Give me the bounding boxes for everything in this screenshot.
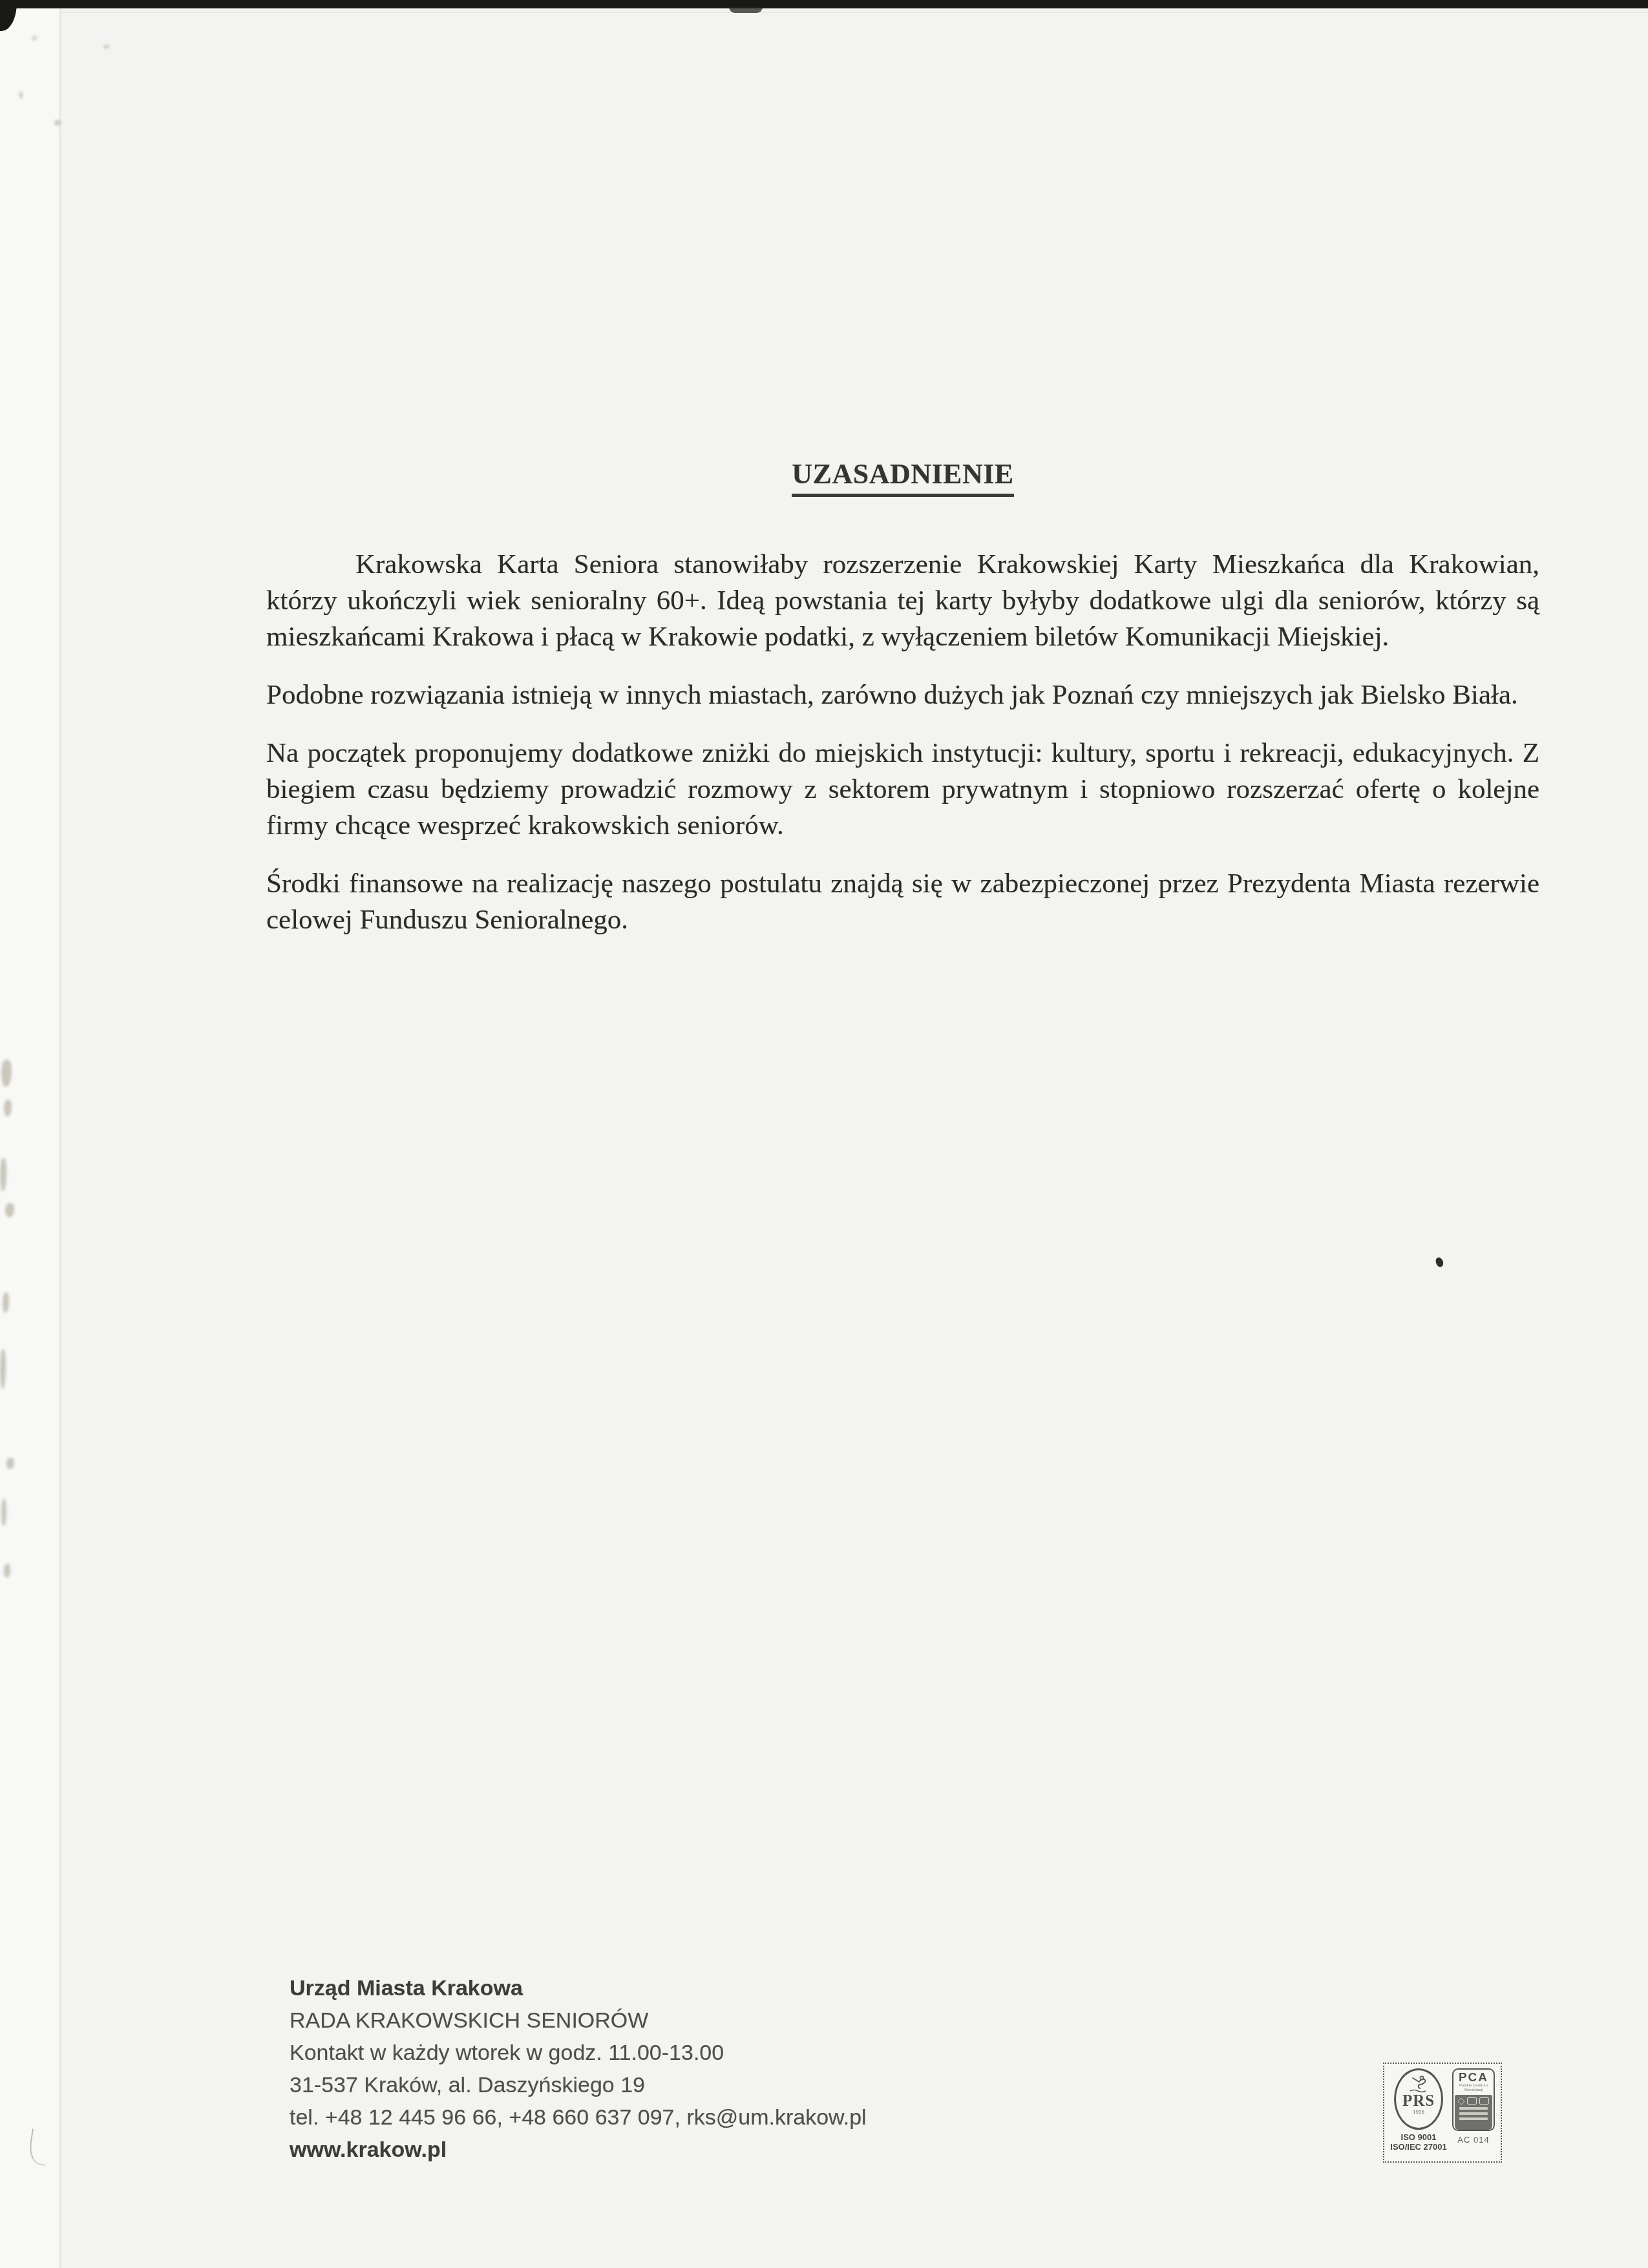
prs-column: PRS 1936 ISO 9001 ISO/IEC 27001 — [1388, 2068, 1450, 2158]
pca-column: PCA Polskie Centrum Akredytacji AC 014 — [1450, 2068, 1497, 2158]
diamond-glyph-icon — [1457, 2097, 1464, 2105]
prs-label: PRS — [1402, 2094, 1435, 2109]
paragraph-2: Podobne rozwiązania istnieją w innych mi… — [266, 677, 1539, 713]
pca-cert-glyphs — [1458, 2097, 1489, 2105]
pca-label: PCA — [1459, 2072, 1488, 2084]
paragraph-3: Na początek proponujemy dodatkowe zniżki… — [266, 735, 1539, 844]
footer-website: www.krakow.pl — [290, 2134, 867, 2166]
prs-figure-icon — [1406, 2074, 1431, 2094]
title-row: UZASADNIENIE — [266, 457, 1539, 497]
iso-9001-label: ISO 9001 — [1390, 2132, 1446, 2142]
footer-contact-block: Urząd Miasta Krakowa RADA KRAKOWSKICH SE… — [290, 1972, 867, 2166]
scanned-page: UZASADNIENIE Krakowska Karta Seniora sta… — [0, 0, 1648, 2268]
iso-certification-labels: ISO 9001 ISO/IEC 27001 — [1390, 2132, 1446, 2152]
certification-stamp: PRS 1936 ISO 9001 ISO/IEC 27001 PCA Pols… — [1383, 2063, 1502, 2163]
iso-iec-27001-label: ISO/IEC 27001 — [1390, 2142, 1446, 2152]
ac-accreditation-label: AC 014 — [1457, 2135, 1489, 2145]
rect-glyph-icon — [1467, 2097, 1477, 2105]
under-page-top-edge — [59, 12, 1648, 13]
prs-seal: PRS 1936 — [1394, 2068, 1443, 2130]
footer-organization: Urząd Miasta Krakowa — [290, 1972, 867, 2004]
pca-subtitle: Polskie Centrum Akredytacji — [1456, 2084, 1491, 2093]
under-page-edge — [0, 8, 61, 2268]
paragraph-1: Krakowska Karta Seniora stanowiłaby rozs… — [266, 547, 1539, 655]
scan-edge-bump — [729, 7, 763, 13]
pca-blurred-textline — [1459, 2112, 1488, 2115]
pca-blurred-textline — [1459, 2117, 1488, 2120]
rect-glyph-icon — [1479, 2097, 1489, 2105]
pca-badge: PCA Polskie Centrum Akredytacji — [1452, 2068, 1495, 2131]
footer-department: RADA KRAKOWSKICH SENIORÓW — [290, 2004, 867, 2037]
footer-address: 31-537 Kraków, al. Daszyńskiego 19 — [290, 2069, 867, 2101]
scan-top-edge — [0, 0, 1648, 8]
prs-year: 1936 — [1413, 2109, 1424, 2115]
ink-speck — [1435, 1257, 1444, 1268]
pca-blurred-textline — [1459, 2107, 1488, 2110]
paragraph-4: Środki finansowe na realizację naszego p… — [266, 866, 1539, 938]
document-body: Krakowska Karta Seniora stanowiłaby rozs… — [266, 547, 1539, 960]
smudge-mark — [103, 45, 109, 48]
pca-certification-mark — [1455, 2095, 1492, 2130]
footer-phone-email: tel. +48 12 445 96 66, +48 660 637 097, … — [290, 2101, 867, 2134]
footer-contact-hours: Kontakt w każdy wtorek w godz. 11.00-13.… — [290, 2037, 867, 2069]
page-title: UZASADNIENIE — [792, 457, 1013, 497]
